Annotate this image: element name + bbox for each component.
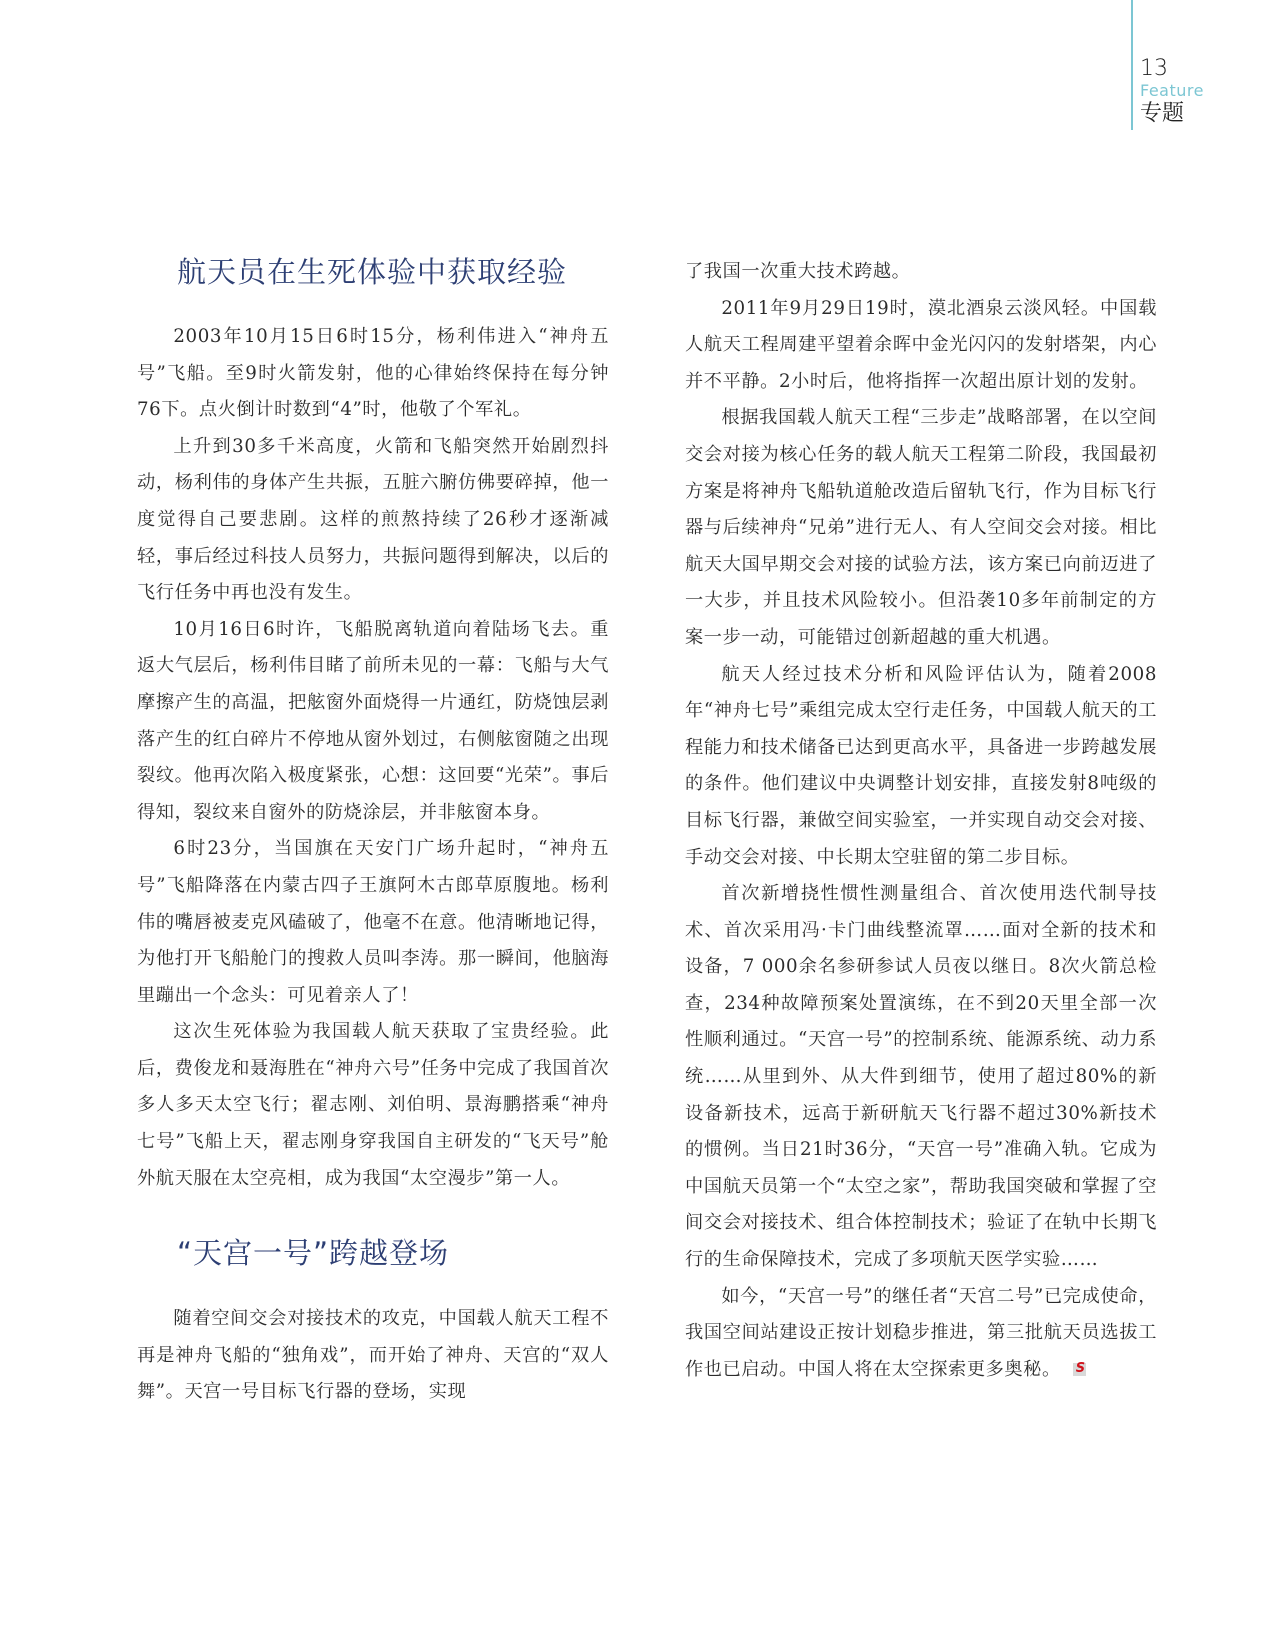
end-of-article-mark-icon: S [1073, 1363, 1086, 1376]
section-heading-tiangong-1: “天宫一号”跨越登场 [137, 1233, 609, 1273]
paragraph: 6时23分，当国旗在天安门广场升起时，“神舟五号”飞船降落在内蒙古四子王旗阿木古… [137, 831, 609, 1014]
final-paragraph: 如今，“天宫一号”的继任者“天宫二号”已完成使命，我国空间站建设正按计划稳步推进… [685, 1279, 1157, 1389]
header-divider-line [1131, 0, 1133, 130]
paragraph: 这次生死体验为我国载人航天获取了宝贵经验。此后，费俊龙和聂海胜在“神舟六号”任务… [137, 1014, 609, 1197]
right-column: 了我国一次重大技术跨越。 2011年9月29日19时，漠北酒泉云淡风轻。中国载人… [685, 254, 1157, 1388]
final-paragraph-text: 如今，“天宫一号”的继任者“天宫二号”已完成使命，我国空间站建设正按计划稳步推进… [685, 1286, 1157, 1380]
paragraph: 根据我国载人航天工程“三步走”战略部署，在以空间交会对接为核心任务的载人航天工程… [685, 400, 1157, 656]
section-label-zh: 专题 [1140, 100, 1204, 128]
paragraph: 首次新增挠性惯性测量组合、首次使用迭代制导技术、首次采用冯·卡门曲线整流罩……面… [685, 876, 1157, 1279]
paragraph: 上升到30多千米高度，火箭和飞船突然开始剧烈抖动，杨利伟的身体产生共振，五脏六腑… [137, 429, 609, 612]
paragraph: 随着空间交会对接技术的攻克，中国载人航天工程不再是神舟飞船的“独角戏”，而开始了… [137, 1301, 609, 1411]
section-label-en: Feature [1140, 82, 1204, 100]
end-mark-glyph: S [1076, 1360, 1086, 1378]
section-heading-astronaut-experience: 航天员在生死体验中获取经验 [137, 252, 609, 292]
page-folio: 13 Feature 专题 [1140, 56, 1204, 128]
paragraph-continuation: 了我国一次重大技术跨越。 [685, 254, 1157, 291]
paragraph: 航天人经过技术分析和风险评估认为，随着2008年“神舟七号”乘组完成太空行走任务… [685, 657, 1157, 877]
paragraph: 2003年10月15日6时15分，杨利伟进入“神舟五号”飞船。至9时火箭发射，他… [137, 319, 609, 429]
left-column: 航天员在生死体验中获取经验 2003年10月15日6时15分，杨利伟进入“神舟五… [137, 252, 609, 1411]
paragraph: 2011年9月29日19时，漠北酒泉云淡风轻。中国载人航天工程周建平望着余晖中金… [685, 291, 1157, 401]
page-number: 13 [1140, 56, 1204, 82]
paragraph: 10月16日6时许，飞船脱离轨道向着陆场飞去。重返大气层后，杨利伟目睹了前所未见… [137, 612, 609, 832]
